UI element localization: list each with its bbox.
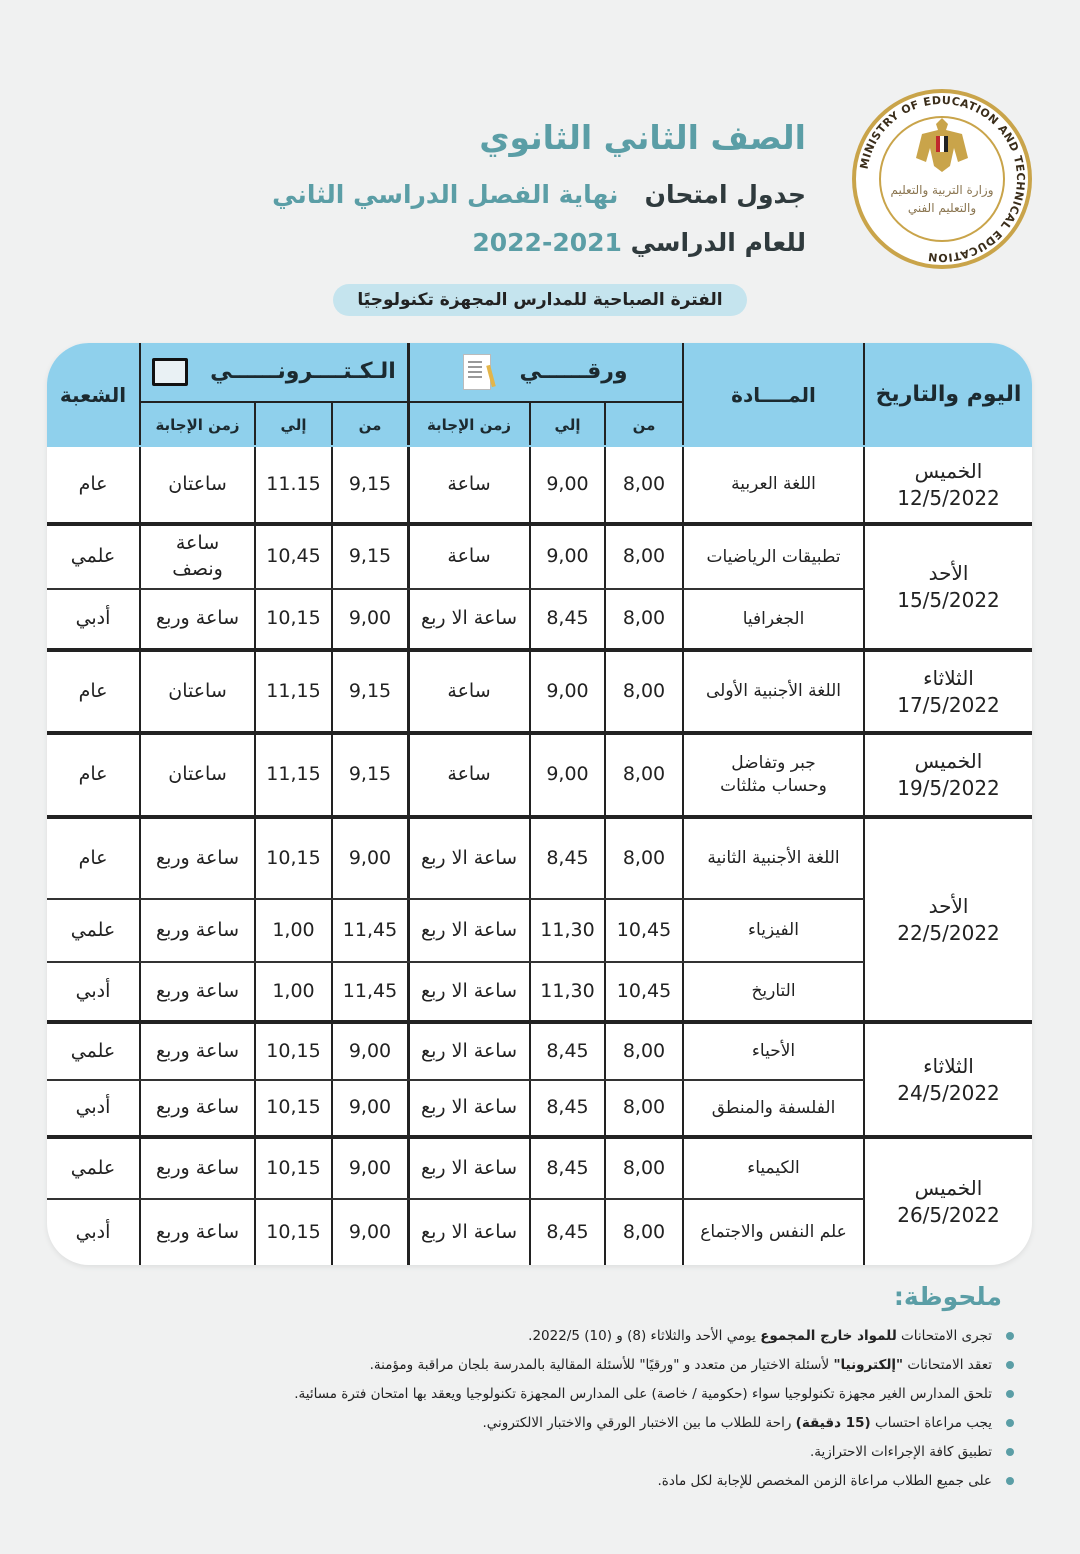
paper-to-cell: 8,45 (531, 819, 604, 898)
header-paper-answer-time: زمن الإجابة (409, 403, 529, 447)
header-electronic-label: الـكـتــــرونــــــي (210, 357, 396, 387)
header-day-date: اليوم والتاريخ (865, 343, 1032, 447)
division-cell: عام (47, 447, 139, 522)
note-item: تلحق المدارس الغير مجهزة تكنولوجيا سواء … (54, 1380, 1014, 1409)
period-pill: الفترة الصباحية للمدارس المجهزة تكنولوجي… (333, 284, 747, 316)
electronic-from-cell: 9,00 (333, 1024, 407, 1079)
paper-document-icon (463, 354, 491, 390)
electronic-from-cell: 9,00 (333, 590, 407, 648)
electronic-to-cell: 10,15 (256, 590, 331, 648)
paper-from-cell: 8,00 (606, 735, 682, 815)
electronic-from-cell: 9,00 (333, 1139, 407, 1198)
ministry-logo: MINISTRY OF EDUCATION AND TECHNICAL EDUC… (842, 86, 1042, 272)
division-cell: أدبي (47, 590, 139, 648)
subject-cell: الفيزياء (684, 900, 863, 961)
paper-to-cell: 11,30 (531, 900, 604, 961)
paper-to-cell: 9,00 (531, 447, 604, 522)
paper-from-cell: 10,45 (606, 963, 682, 1020)
tablet-icon (152, 358, 188, 386)
electronic-from-cell: 9,00 (333, 1200, 407, 1265)
paper-time-cell: ساعة الا ربع (409, 590, 529, 648)
note-item: تطبيق كافة الإجراءات الاحترازية. (54, 1438, 1014, 1467)
note-item: تجرى الامتحانات للمواد خارج المجموع يومي… (54, 1322, 1014, 1351)
header-electronic-from: من (333, 403, 407, 447)
division-cell: عام (47, 652, 139, 731)
subject-cell: الفلسفة والمنطق (684, 1081, 863, 1135)
paper-from-cell: 8,00 (606, 1139, 682, 1198)
electronic-to-cell: 10,45 (256, 526, 331, 588)
day-date-cell: الثلاثاء24/5/2022 (865, 1024, 1032, 1135)
paper-time-cell: ساعة (409, 652, 529, 731)
bullet-icon (1006, 1390, 1014, 1398)
electronic-time-cell: ساعة وربع (141, 1200, 254, 1265)
electronic-to-cell: 10,15 (256, 1024, 331, 1079)
exam-schedule-table: اليوم والتاريخ المــــادة ورقــــــي الـ… (47, 343, 1032, 1265)
electronic-to-cell: 11,15 (256, 735, 331, 815)
division-cell: علمي (47, 900, 139, 961)
academic-year-label: للعام الدراسي (631, 228, 806, 257)
subject-cell: التاريخ (684, 963, 863, 1020)
electronic-time-cell: ساعة وربع (141, 963, 254, 1020)
bullet-icon (1006, 1477, 1014, 1485)
subject-cell: اللغة الأجنبية الثانية (684, 819, 863, 898)
bullet-icon (1006, 1361, 1014, 1369)
exam-schedule-subtitle: جدول امتحان نهاية الفصل الدراسي الثاني (272, 180, 806, 209)
subtitle-dark-part: جدول امتحان (645, 180, 806, 209)
subject-cell: اللغة الأجنبية الأولى (684, 652, 863, 731)
paper-to-cell: 8,45 (531, 1081, 604, 1135)
header-subject: المــــادة (684, 343, 863, 447)
paper-from-cell: 8,00 (606, 447, 682, 522)
electronic-time-cell: ساعتان (141, 735, 254, 815)
bullet-icon (1006, 1419, 1014, 1427)
division-cell: أدبي (47, 963, 139, 1020)
note-item: يجب مراعاة احتساب (15 دقيقة) راحة للطلاب… (54, 1409, 1014, 1438)
note-item: على جميع الطلاب مراعاة الزمن المخصص للإج… (54, 1467, 1014, 1496)
electronic-time-cell: ساعة وربع (141, 900, 254, 961)
electronic-time-cell: ساعة وربع (141, 1139, 254, 1198)
division-cell: علمي (47, 1024, 139, 1079)
division-cell: علمي (47, 526, 139, 588)
subject-cell: علم النفس والاجتماع (684, 1200, 863, 1265)
bullet-icon (1006, 1332, 1014, 1340)
paper-to-cell: 8,45 (531, 1139, 604, 1198)
electronic-to-cell: 1,00 (256, 963, 331, 1020)
note-item: تعقد الامتحانات "إلكترونيا" لأسئلة الاخت… (54, 1351, 1014, 1380)
division-cell: أدبي (47, 1081, 139, 1135)
paper-time-cell: ساعة الا ربع (409, 1139, 529, 1198)
bullet-icon (1006, 1448, 1014, 1456)
subject-cell: الكيمياء (684, 1139, 863, 1198)
header-paper-to: إلي (531, 403, 604, 447)
day-date-cell: الأحد22/5/2022 (865, 819, 1032, 1020)
paper-from-cell: 8,00 (606, 526, 682, 588)
paper-to-cell: 8,45 (531, 590, 604, 648)
header-electronic-to: إلي (256, 403, 331, 447)
paper-from-cell: 8,00 (606, 652, 682, 731)
electronic-to-cell: 10,15 (256, 819, 331, 898)
svg-text:والتعليم الفني: والتعليم الفني (908, 201, 976, 216)
paper-to-cell: 9,00 (531, 652, 604, 731)
notes-list: تجرى الامتحانات للمواد خارج المجموع يومي… (54, 1322, 1014, 1496)
day-date-cell: الخميس12/5/2022 (865, 447, 1032, 522)
paper-time-cell: ساعة (409, 447, 529, 522)
subject-cell: الأحياء (684, 1024, 863, 1079)
notes-title: ملحوظة: (894, 1282, 1002, 1311)
electronic-time-cell: ساعتان (141, 447, 254, 522)
electronic-to-cell: 11.15 (256, 447, 331, 522)
academic-year-value: 2021-2022 (472, 228, 622, 257)
division-cell: عام (47, 819, 139, 898)
svg-text:وزارة التربية والتعليم: وزارة التربية والتعليم (890, 183, 993, 198)
paper-from-cell: 8,00 (606, 1081, 682, 1135)
electronic-to-cell: 10,15 (256, 1200, 331, 1265)
paper-time-cell: ساعة الا ربع (409, 819, 529, 898)
electronic-from-cell: 11,45 (333, 963, 407, 1020)
paper-from-cell: 8,00 (606, 819, 682, 898)
electronic-to-cell: 11,15 (256, 652, 331, 731)
subject-cell: الجغرافيا (684, 590, 863, 648)
header-paper-label: ورقــــــي (519, 357, 627, 387)
electronic-to-cell: 1,00 (256, 900, 331, 961)
electronic-from-cell: 9,15 (333, 447, 407, 522)
subject-cell: اللغة العربية (684, 447, 863, 522)
electronic-time-cell: ساعة وربع (141, 1081, 254, 1135)
electronic-from-cell: 9,00 (333, 819, 407, 898)
header-division: الشعبة (47, 343, 139, 447)
day-date-cell: الثلاثاء17/5/2022 (865, 652, 1032, 731)
paper-time-cell: ساعة الا ربع (409, 963, 529, 1020)
header-electronic: الـكـتــــرونــــــي (141, 343, 407, 401)
paper-to-cell: 9,00 (531, 735, 604, 815)
paper-to-cell: 11,30 (531, 963, 604, 1020)
electronic-time-cell: ساعة وربع (141, 590, 254, 648)
electronic-time-cell: ساعة وربع (141, 819, 254, 898)
header-electronic-answer-time: زمن الإجابة (141, 403, 254, 447)
division-cell: أدبي (47, 1200, 139, 1265)
page-title: الصف الثاني الثانوي (479, 118, 806, 157)
subtitle-teal-part: نهاية الفصل الدراسي الثاني (272, 180, 618, 209)
paper-from-cell: 8,00 (606, 1024, 682, 1079)
paper-to-cell: 8,45 (531, 1024, 604, 1079)
ministry-emblem-icon: MINISTRY OF EDUCATION AND TECHNICAL EDUC… (842, 86, 1042, 272)
electronic-time-cell: ساعة ونصف (151, 526, 244, 588)
paper-to-cell: 9,00 (531, 526, 604, 588)
electronic-from-cell: 11,45 (333, 900, 407, 961)
academic-year-line: للعام الدراسي 2021-2022 (472, 228, 806, 257)
paper-to-cell: 8,45 (531, 1200, 604, 1265)
electronic-from-cell: 9,15 (333, 652, 407, 731)
header-paper: ورقــــــي (409, 343, 682, 401)
paper-from-cell: 8,00 (606, 590, 682, 648)
paper-from-cell: 10,45 (606, 900, 682, 961)
paper-time-cell: ساعة الا ربع (409, 1200, 529, 1265)
paper-from-cell: 8,00 (606, 1200, 682, 1265)
paper-time-cell: ساعة (409, 526, 529, 588)
paper-time-cell: ساعة الا ربع (409, 1024, 529, 1079)
subject-cell: جبر وتفاضل وحساب مثلثات (704, 735, 843, 815)
paper-time-cell: ساعة الا ربع (409, 1081, 529, 1135)
electronic-from-cell: 9,00 (333, 1081, 407, 1135)
header-paper-from: من (606, 403, 682, 447)
paper-time-cell: ساعة الا ربع (409, 900, 529, 961)
day-date-cell: الخميس19/5/2022 (865, 735, 1032, 815)
electronic-from-cell: 9,15 (333, 526, 407, 588)
subject-cell: تطبيقات الرياضيات (684, 526, 863, 588)
electronic-to-cell: 10,15 (256, 1081, 331, 1135)
electronic-time-cell: ساعة وربع (141, 1024, 254, 1079)
electronic-to-cell: 10,15 (256, 1139, 331, 1198)
day-date-cell: الأحد15/5/2022 (865, 526, 1032, 648)
electronic-time-cell: ساعتان (141, 652, 254, 731)
division-cell: علمي (47, 1139, 139, 1198)
division-cell: عام (47, 735, 139, 815)
day-date-cell: الخميس26/5/2022 (865, 1139, 1032, 1265)
electronic-from-cell: 9,15 (333, 735, 407, 815)
paper-time-cell: ساعة (409, 735, 529, 815)
